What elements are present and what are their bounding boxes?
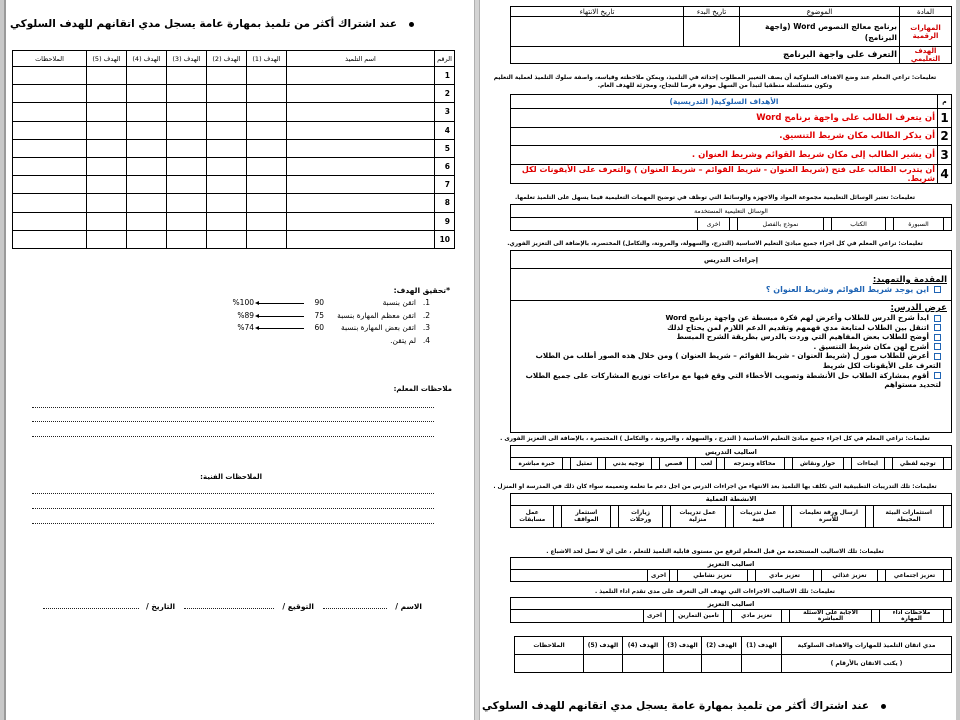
assessment-other-field[interactable] — [511, 610, 644, 623]
activity-checkbox[interactable] — [662, 506, 670, 528]
cell[interactable] — [127, 176, 167, 194]
cell[interactable] — [167, 176, 207, 194]
aid-item: الكتاب — [832, 218, 886, 231]
cell[interactable] — [127, 157, 167, 175]
cell[interactable] — [247, 176, 287, 194]
activity-item: زيارات ورحلات — [619, 506, 662, 528]
assessment-checkbox[interactable] — [666, 610, 674, 623]
assessment-item: تعزيز مادي — [732, 610, 782, 623]
assessment-item: اخرى — [644, 610, 666, 623]
procedure-step: ابدأ شرح الدرس للطلاب وأعرض لهم فكرة مبس… — [515, 313, 947, 323]
reinforcement-other-field[interactable] — [511, 570, 648, 582]
table-row: 7 — [13, 176, 455, 194]
cell[interactable] — [207, 230, 247, 248]
procedure-step: أعرض للطلاب صور ل (شريط العنوان - شريط ا… — [515, 351, 947, 370]
method-item: لعب — [696, 458, 717, 470]
presentation-section: عرض الدرس: ابدأ شرح الدرس للطلاب وأعرض ل… — [511, 301, 952, 433]
achievement-level: 4. لم يتقن. — [220, 336, 450, 349]
cell[interactable] — [287, 103, 435, 121]
cell[interactable] — [207, 103, 247, 121]
aid-item: السبورة — [894, 218, 944, 231]
col-header: الرقم — [435, 51, 455, 67]
bullet-heading: عند اشتراك أكثر من تلميذ بمهارة عامة يسج… — [480, 700, 886, 712]
table-row: 1 — [13, 67, 455, 85]
arrow-left-icon — [258, 303, 304, 304]
table-row: 4 — [13, 121, 455, 139]
method-item: قصص — [660, 458, 688, 470]
cell[interactable] — [247, 121, 287, 139]
cell[interactable] — [127, 103, 167, 121]
activity-checkbox[interactable] — [611, 506, 619, 528]
cell[interactable] — [167, 67, 207, 85]
teaching-aids-table: الوسائل التعليمية المستخدمة السبورة الكت… — [510, 204, 952, 231]
cell[interactable] — [13, 121, 87, 139]
cell[interactable] — [287, 85, 435, 103]
method-item: محاكاة ونمزجه — [725, 458, 784, 470]
cell[interactable] — [207, 121, 247, 139]
left-page: عند اشتراك أكثر من تلميذ بمهارة عامة يسج… — [4, 0, 474, 720]
goal-cell[interactable] — [664, 655, 702, 673]
cell[interactable] — [287, 121, 435, 139]
reinforcement-checkbox[interactable] — [944, 570, 952, 582]
start-date-value[interactable] — [684, 17, 740, 47]
cell[interactable] — [13, 212, 87, 230]
cell[interactable] — [127, 230, 167, 248]
cell[interactable] — [167, 212, 207, 230]
cell[interactable] — [13, 157, 87, 175]
row-number: 1 — [435, 67, 455, 85]
checkbox-icon[interactable] — [934, 315, 941, 322]
end-date-label: تاريخ الانتهاء — [511, 7, 684, 17]
method-item: ايماءات — [851, 458, 884, 470]
aids-checkbox[interactable] — [886, 218, 894, 231]
subject-label: المادة — [900, 7, 952, 17]
method-checkbox[interactable] — [884, 458, 892, 470]
procedure-step: أوضح للطلاب بعض المفاهيم التي وردت بالدر… — [515, 332, 947, 342]
aids-checkbox[interactable] — [824, 218, 832, 231]
cell[interactable] — [87, 139, 127, 157]
assessment-checkbox[interactable] — [724, 610, 732, 623]
right-page: المادة الموضوع تاريخ البدء تاريخ الانتها… — [480, 0, 956, 720]
row-number: 5 — [435, 139, 455, 157]
bullet-icon — [409, 22, 414, 27]
teacher-notes-line[interactable] — [32, 407, 434, 409]
achievement-level: 1. اتقن بنسبة 90 %100 — [220, 298, 450, 311]
cell[interactable] — [247, 157, 287, 175]
aid-item: اخرى — [698, 218, 730, 231]
methods-title: اساليب التدريس — [511, 446, 952, 458]
reinforcement-checkbox[interactable] — [878, 570, 886, 582]
table-row: 3 — [13, 103, 455, 121]
activity-item: استثمارات البيئة المحيطة — [874, 506, 944, 528]
col-header: اسم التلميذ — [287, 51, 435, 67]
method-item: خبرة مباشرة — [511, 458, 563, 470]
goal-header: الهدف (5) — [584, 637, 623, 655]
method-checkbox[interactable] — [843, 458, 851, 470]
cell[interactable] — [87, 212, 127, 230]
cell[interactable] — [247, 212, 287, 230]
cell[interactable] — [207, 176, 247, 194]
table-row: 8 — [13, 194, 455, 212]
goal-cell[interactable] — [623, 655, 664, 673]
checkbox-icon[interactable] — [934, 372, 941, 379]
cell[interactable] — [207, 67, 247, 85]
goal-header: الهدف (2) — [702, 637, 742, 655]
cell[interactable] — [127, 194, 167, 212]
cell[interactable] — [13, 85, 87, 103]
method-checkbox[interactable] — [597, 458, 605, 470]
cell[interactable] — [13, 67, 87, 85]
goal-cell[interactable] — [584, 655, 623, 673]
objectives-title: الأهداف السلوكية( التدريسية) — [511, 95, 938, 109]
cell[interactable] — [13, 139, 87, 157]
row-number: 4 — [435, 121, 455, 139]
col-header: الهدف (3) — [167, 51, 207, 67]
cell[interactable] — [167, 194, 207, 212]
teaching-methods-table: اساليب التدريس توجيه لفظي ايماءات حوار و… — [510, 445, 952, 470]
cell[interactable] — [207, 194, 247, 212]
assessment-table: اساليب التعزيز ملاحظات اداء المهارة الاج… — [510, 597, 952, 623]
cell[interactable] — [287, 67, 435, 85]
checkbox-icon[interactable] — [934, 343, 941, 350]
signature-line: الاسم / التوقيع / التاريخ / — [43, 602, 422, 611]
reinforcement-item: تعزيز مادي — [756, 570, 814, 582]
col-header: الهدف (4) — [127, 51, 167, 67]
achievement-level: 3. اتقن بعض المهارة بنسبة 60 %74 — [220, 323, 450, 336]
col-header: الهدف (2) — [207, 51, 247, 67]
table-row: 6 — [13, 157, 455, 175]
assessment-checkbox[interactable] — [782, 610, 790, 623]
instruction-objectives: تعليمات: تراعي المعلم عند وضع الاهداف ال… — [482, 74, 948, 90]
arrow-left-icon — [258, 316, 304, 317]
teacher-notes-line[interactable] — [32, 421, 434, 423]
objective-row: 3أن يشير الطالب إلى مكان شريط القوائم وش… — [511, 146, 952, 165]
aids-checkbox[interactable] — [944, 218, 952, 231]
row-number: 9 — [435, 212, 455, 230]
teacher-notes-line[interactable] — [32, 436, 434, 438]
cell[interactable] — [167, 85, 207, 103]
goal-header: الهدف (1) — [742, 637, 782, 655]
activity-checkbox[interactable] — [866, 506, 874, 528]
table-row: 5 — [13, 139, 455, 157]
cell[interactable] — [13, 194, 87, 212]
cell[interactable] — [127, 212, 167, 230]
method-checkbox[interactable] — [652, 458, 660, 470]
activity-item: عمل مسابقات — [511, 506, 554, 528]
cell[interactable] — [13, 103, 87, 121]
instruction-assessment: تعليمات: تلك الاساليب الاجراءات التي تهد… — [484, 588, 946, 596]
procedure-step: أقوم بمشاركة الطلاب حل الأنشطة وتصويب ال… — [515, 371, 947, 390]
row-number: 10 — [435, 230, 455, 248]
cell[interactable] — [247, 194, 287, 212]
assessment-title: اساليب التعزيز — [511, 598, 952, 610]
assessment-checkbox[interactable] — [872, 610, 880, 623]
name-field[interactable] — [323, 603, 387, 609]
activity-item: عمل تدريبات فنية — [733, 506, 783, 528]
behavioral-objectives-table: م الأهداف السلوكية( التدريسية) 1أن يتعرف… — [510, 94, 952, 184]
method-checkbox[interactable] — [717, 458, 725, 470]
assessment-checkbox[interactable] — [944, 610, 952, 623]
start-date-label: تاريخ البدء — [684, 7, 740, 17]
row-number: 8 — [435, 194, 455, 212]
col-m: م — [938, 95, 952, 109]
procedure-step: اتنقل بين الطلاب لمتابعة مدي فهمهم وتقدي… — [515, 323, 947, 333]
row-number: 6 — [435, 157, 455, 175]
activity-item: ارسال ورقة تعليمات للأسرة — [791, 506, 866, 528]
achievement-level: 2. اتقن معظم المهارة بنسبة 75 %89 — [220, 311, 450, 324]
instruction-methods: تعليمات: تراعي المعلم في كل اجراء جميع م… — [484, 435, 946, 443]
goal-header: الهدف (3) — [664, 637, 702, 655]
subject-value: المهارات الرقمية — [900, 17, 952, 47]
cell[interactable] — [167, 103, 207, 121]
practical-activities-table: الانشطة العملية استثمارات البيئة المحيطة… — [510, 493, 952, 528]
reinforcement-item: تعزيز اجتماعي — [886, 570, 944, 582]
cell[interactable] — [287, 139, 435, 157]
goal-header: الهدف (4) — [623, 637, 664, 655]
cell[interactable] — [87, 67, 127, 85]
cell[interactable] — [87, 157, 127, 175]
instruction-aids: تعليمات: تعتبر الوسائل التعليمية مجموعة … — [484, 194, 946, 202]
procedures-title: إجراءات التدريس — [511, 251, 952, 269]
method-item: تمثيل — [571, 458, 598, 470]
checkbox-icon[interactable] — [934, 334, 941, 341]
technical-notes-line[interactable] — [32, 493, 434, 495]
cell[interactable] — [247, 67, 287, 85]
cell[interactable] — [13, 176, 87, 194]
reinforcement-item: اخرى — [648, 570, 670, 582]
intro-section: المقدمة والتمهيد: اين يوجد شريط القوائم … — [511, 269, 952, 301]
col-header: الهدف (1) — [247, 51, 287, 67]
goal-cell[interactable] — [702, 655, 742, 673]
method-item: توجيه بدني — [605, 458, 651, 470]
cell[interactable] — [127, 85, 167, 103]
reinforcement-checkbox[interactable] — [814, 570, 822, 582]
cell[interactable] — [167, 121, 207, 139]
notes-header: الملاحظات — [515, 637, 584, 655]
activity-checkbox[interactable] — [783, 506, 791, 528]
method-checkbox[interactable] — [784, 458, 792, 470]
table-row: 10 — [13, 230, 455, 248]
objective-row: 1أن يتعرف الطالب على واجهة برنامج Word — [511, 109, 952, 128]
row-number: 2 — [435, 85, 455, 103]
cell[interactable] — [167, 157, 207, 175]
activity-checkbox[interactable] — [725, 506, 733, 528]
technical-notes-label: الملاحظات الفنية: — [200, 473, 262, 481]
row-number: 7 — [435, 176, 455, 194]
cell[interactable] — [247, 230, 287, 248]
cell[interactable] — [127, 139, 167, 157]
activity-item: عمل تدريبات منزلية — [670, 506, 725, 528]
cell[interactable] — [207, 212, 247, 230]
technical-notes-line[interactable] — [32, 508, 434, 510]
teaching-procedures-table: إجراءات التدريس المقدمة والتمهيد: اين يو… — [510, 250, 952, 433]
method-item: حوار ونقاش — [792, 458, 843, 470]
reinforcement-table: اساليب التعزيز تعزيز اجتماعي تعزيز غذائي… — [510, 557, 952, 582]
cell[interactable] — [87, 230, 127, 248]
achievement-title: *تحقيق الهدف: — [220, 286, 450, 295]
assessment-item: ملاحظات اداء المهارة — [880, 610, 944, 623]
mastery-label: مدي اتقان التلميذ للمهارات والاهداف السل… — [782, 637, 952, 655]
method-checkbox[interactable] — [944, 458, 952, 470]
aids-title: الوسائل التعليمية المستخدمة — [511, 205, 952, 218]
reinforcement-item: تعزيز نشاطي — [678, 570, 748, 582]
reinforcement-item: تعزيز غذائي — [822, 570, 878, 582]
activity-item: استثمار المواقف — [562, 506, 611, 528]
topic-value: برنامج معالج النصوص Word (واجهة البرنامج… — [740, 17, 900, 47]
goal-cell[interactable] — [742, 655, 782, 673]
cell[interactable] — [87, 194, 127, 212]
cell[interactable] — [167, 139, 207, 157]
reinforcement-checkbox[interactable] — [670, 570, 678, 582]
cell[interactable] — [207, 157, 247, 175]
learning-goal-value: التعرف على واجهة البرنامج — [511, 47, 900, 64]
checkbox-icon[interactable] — [934, 353, 941, 360]
aid-item: نموذج بالفصل — [738, 218, 824, 231]
cell[interactable] — [127, 67, 167, 85]
cell[interactable] — [13, 230, 87, 248]
method-item: توجيه لفظي — [892, 458, 944, 470]
intro-question: اين يوجد شريط القوائم وشريط العنوان ؟ — [515, 285, 947, 294]
student-mastery-table: الرقم اسم التلميذ الهدف (1) الهدف (2) ال… — [12, 50, 455, 249]
bullet-heading: عند اشتراك أكثر من تلميذ بمهارة عامة يسج… — [4, 18, 414, 30]
assessment-item: الاجابة على الاسئلة المباشرة — [790, 610, 872, 623]
lesson-header-table: المادة الموضوع تاريخ البدء تاريخ الانتها… — [510, 6, 952, 64]
bullet-icon — [881, 704, 886, 709]
goal-achievement-list: *تحقيق الهدف: 1. اتقن بنسبة 90 %100 2. ا… — [220, 286, 450, 348]
table-row: 9 — [13, 212, 455, 230]
checkbox-icon[interactable] — [934, 324, 941, 331]
checkbox-icon[interactable] — [934, 286, 941, 293]
reinforcement-checkbox[interactable] — [748, 570, 756, 582]
instruction-procedures: تعليمات: تراعي المعلم في كل اجراء جميع م… — [484, 240, 946, 248]
cell[interactable] — [87, 85, 127, 103]
objective-row: 2أن يذكر الطالب مكان شريط التنسيق. — [511, 127, 952, 146]
aids-checkbox[interactable] — [730, 218, 738, 231]
learning-goal-label: الهدف التعليمي — [900, 47, 952, 64]
cell[interactable] — [287, 176, 435, 194]
arrow-left-icon — [258, 328, 304, 329]
cell[interactable] — [287, 230, 435, 248]
cell[interactable] — [87, 103, 127, 121]
row-number: 3 — [435, 103, 455, 121]
table-row: 2 — [13, 85, 455, 103]
procedure-step: أشرح لهن مكان شريط التنسيق . — [515, 342, 947, 352]
activities-title: الانشطة العملية — [511, 494, 952, 506]
cell[interactable] — [247, 85, 287, 103]
col-header: الهدف (5) — [87, 51, 127, 67]
end-date-value[interactable] — [511, 17, 684, 47]
instruction-reinforcement: تعليمات: تلك الاساليب المستخدمة من قبل ا… — [484, 548, 946, 556]
instruction-activities: تعليمات: تلك التدريبات التطبيقية التي تك… — [484, 483, 946, 491]
topic-label: الموضوع — [740, 7, 900, 17]
cell[interactable] — [287, 212, 435, 230]
activity-checkbox[interactable] — [944, 506, 952, 528]
method-checkbox[interactable] — [688, 458, 696, 470]
cell[interactable] — [247, 139, 287, 157]
cell[interactable] — [87, 176, 127, 194]
mastery-table: مدي اتقان التلميذ للمهارات والاهداف السل… — [514, 636, 952, 673]
assessment-item: تامين التمارين — [674, 610, 724, 623]
cell[interactable] — [287, 157, 435, 175]
cell[interactable] — [207, 85, 247, 103]
cell[interactable] — [127, 121, 167, 139]
reinforcement-title: اساليب التعزيز — [511, 558, 952, 570]
teacher-notes-label: ملاحظات المعلم: — [394, 385, 452, 393]
mastery-note: ( يكتب الاتقان بالأرقام ) — [782, 655, 952, 673]
cell[interactable] — [167, 230, 207, 248]
col-header: الملاحظات — [13, 51, 87, 67]
technical-notes-line[interactable] — [32, 523, 434, 525]
date-field[interactable] — [43, 603, 139, 609]
notes-cell[interactable] — [515, 655, 584, 673]
cell[interactable] — [247, 103, 287, 121]
cell[interactable] — [87, 121, 127, 139]
objective-row: 4أن يتدرب الطالب على فتح (شريط العنوان -… — [511, 164, 952, 183]
aid-other-field[interactable] — [511, 218, 698, 231]
cell[interactable] — [207, 139, 247, 157]
cell[interactable] — [287, 194, 435, 212]
method-checkbox[interactable] — [563, 458, 571, 470]
signature-field[interactable] — [184, 603, 274, 609]
activity-checkbox[interactable] — [554, 506, 562, 528]
